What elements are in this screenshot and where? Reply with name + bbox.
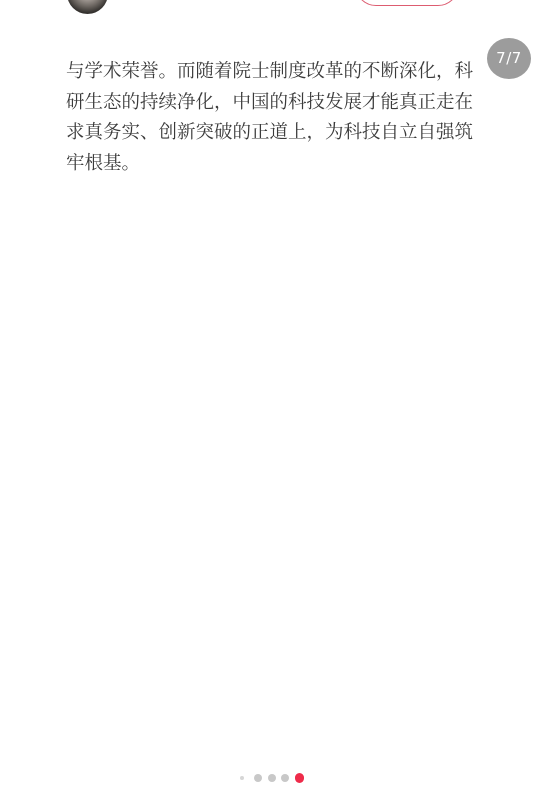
slide-text-line: 求真务实、创新突破的正道上，为科技自立自强筑: [66, 118, 476, 149]
slide-text-line: 研生态的持续净化，中国的科技发展才能真正走在: [66, 88, 476, 119]
slide-text-line: 与学术荣誉。而随着院士制度改革的不断深化，科: [66, 57, 476, 88]
pagination-dot-active: [295, 773, 305, 783]
carousel-slide-text[interactable]: 与学术荣誉。而随着院士制度改革的不断深化，科研生态的持续净化，中国的科技发展才能…: [66, 57, 476, 179]
slide-text-line: 牢根基。: [66, 149, 476, 180]
pagination-dot: [281, 774, 289, 782]
follow-button[interactable]: [355, 0, 459, 6]
pagination-dot: [240, 776, 245, 781]
page-count-badge: 7/7: [487, 38, 531, 79]
carousel-pagination: [0, 770, 544, 786]
user-avatar[interactable]: [67, 0, 108, 14]
pagination-dot: [268, 774, 276, 782]
pagination-dot: [254, 774, 262, 782]
post-detail-screen: 7/7 与学术荣誉。而随着院士制度改革的不断深化，科研生态的持续净化，中国的科技…: [0, 0, 544, 800]
